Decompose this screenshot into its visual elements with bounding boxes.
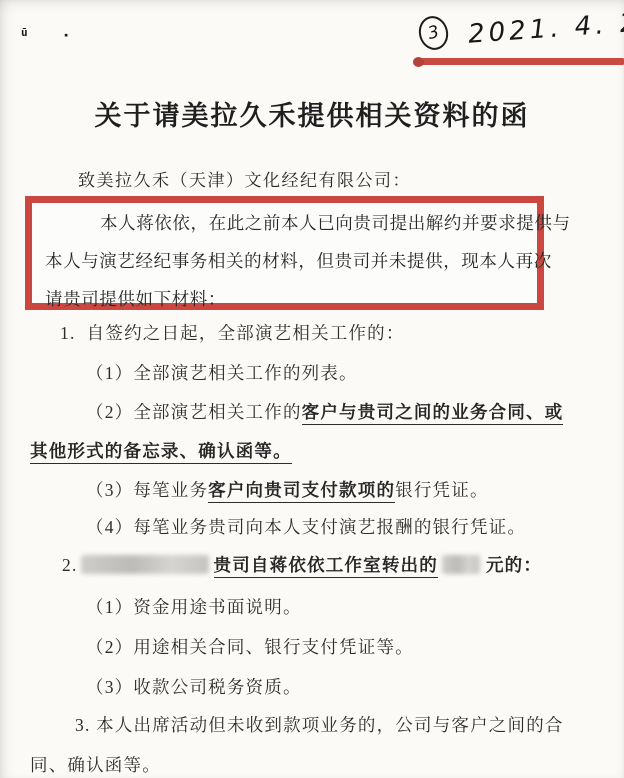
letter-title: 关于请美拉久禾提供相关资料的函 [0,94,624,133]
item-1-2-underlined-text: 客户与贵司之间的业务合同、或 [302,402,564,425]
highlight-line: 本人蒋依依，在此之前本人已向贵司提出解约并要求提供与 [45,210,571,235]
list-item-2-2: （2）用途相关合同、银行支付凭证等。 [86,634,414,659]
item-2-underlined-text: 贵司自蒋依依工作室转出的 [214,555,438,578]
circled-page-number: 3 [415,13,451,53]
highlight-red-box: 本人蒋依依，在此之前本人已向贵司提出解约并要求提供与 本人与演艺经纪事务相关的材… [25,196,544,310]
list-item-3: 3. 本人出席活动但未收到款项业务的，公司与客户之间的合 [75,712,564,737]
list-item-1-1: （1）全部演艺相关工作的列表。 [86,360,358,385]
list-item-3-continued: 同、确认函等。 [30,752,161,777]
handwritten-date: 2021. 4. 22 [467,6,624,49]
salutation: 致美拉久禾（天津）文化经纪有限公司： [78,166,411,191]
list-item-1-2-continued: 其他形式的备忘录、确认函等。 [30,438,292,463]
highlight-line: 请贵司提供如下材料： [45,286,226,311]
highlight-line: 本人与演艺经纪事务相关的材料，但贵司并未提供，现本人再次 [45,248,552,273]
item-1-2-prefix: （2）全部演艺相关工作的 [86,402,302,422]
redaction-blur [81,555,209,574]
item-1-3-suffix: 银行凭证。 [395,480,489,500]
list-item-1-4: （4）每笔业务贵司向本人支付演艺报酬的银行凭证。 [86,514,526,539]
list-item-1-3: （3）每笔业务客户向贵司支付款项的银行凭证。 [86,477,489,502]
redaction-blur [442,555,480,574]
list-item-1-2: （2）全部演艺相关工作的客户与贵司之间的业务合同、或 [86,399,563,424]
item-2-suffix: 元的： [486,555,542,575]
list-item-2-3: （3）收款公司税务资质。 [86,674,302,699]
letter-page: ū ▪ 3 2021. 4. 22 关于请美拉久禾提供相关资料的函 致美拉久禾（… [0,0,624,778]
list-item-2-1: （1）资金用途书面说明。 [86,594,302,619]
item-1-2-underlined-continuation: 其他形式的备忘录、确认函等。 [30,441,292,464]
item-1-3-underlined-text: 客户向贵司支付款项的 [208,480,395,503]
item-1-3-prefix: （3）每笔业务 [86,480,208,500]
list-item-1: 1. 自签约之日起，全部演艺相关工作的： [60,320,405,345]
item-2-number: 2. [62,555,78,575]
list-item-2: 2.贵司自蒋依依工作室转出的元的： [62,552,542,577]
red-underline-annotation [415,58,624,65]
